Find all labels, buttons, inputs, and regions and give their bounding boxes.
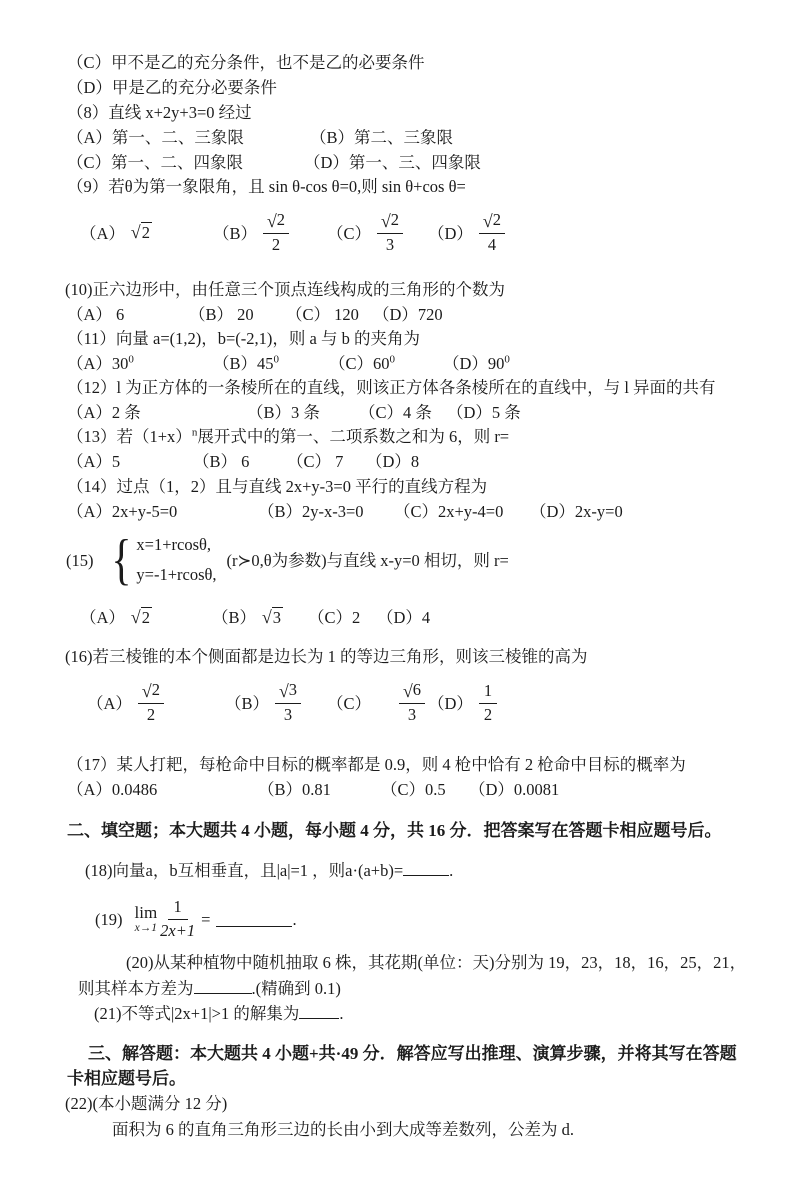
option-a: （A）第一、二、三象限 bbox=[67, 125, 244, 150]
question-14-options: （A）2x+y-5=0 （B）2y-x-3=0 （C）2x+y-4=0 （D）2… bbox=[0, 499, 800, 524]
option-b: （B） 20 bbox=[189, 302, 254, 327]
question-8-options-row-2: （C）第一、二、四象限 （D）第一、三、四象限 bbox=[0, 150, 800, 175]
option-c: （C）0.5 bbox=[381, 777, 446, 802]
option-d-line: （D）甲是乙的充分必要条件 bbox=[67, 75, 277, 100]
question-9-stem: （9）若θ为第一象限角，且 sin θ-cos θ=0,则 sin θ+cos … bbox=[67, 174, 466, 199]
question-10-stem: (10)正六边形中，由任意三个顶点连线构成的三角形的个数为 bbox=[65, 277, 505, 302]
option-d: （D）2x-y=0 bbox=[530, 499, 623, 524]
option-b: （B）√3 bbox=[212, 605, 283, 630]
option-a: （A）2 条 bbox=[67, 400, 141, 425]
question-16-stem: (16)若三棱锥的本个侧面都是边长为 1 的等边三角形，则该三棱锥的高为 bbox=[65, 644, 588, 669]
option-d: （D） √24 bbox=[428, 203, 505, 263]
option-d: （D）720 bbox=[373, 302, 443, 327]
question-14-stem: （14）过点（1，2）且与直线 2x+y-3=0 平行的直线方程为 bbox=[67, 474, 487, 499]
question-8-options-row-1: （A）第一、二、三象限 （B）第二、三象限 bbox=[0, 125, 800, 150]
question-9-options: （A） √2 （B） √22 （C） √23 （D） √24 bbox=[0, 203, 800, 263]
option-b: （B）0.81 bbox=[258, 777, 331, 802]
option-d: （D）900 bbox=[443, 351, 510, 376]
question-19: (19) limx→1 12x+1 = . bbox=[95, 893, 297, 945]
answer-blank bbox=[403, 860, 449, 876]
left-brace-symbol: { bbox=[111, 535, 131, 585]
option-a: （A）2x+y-5=0 bbox=[67, 499, 177, 524]
option-c: （C） 120 bbox=[286, 302, 359, 327]
question-12-stem: （12）l 为正方体的一条棱所在的直线，则该正方体各条棱所在的直线中，与 l 异… bbox=[67, 375, 716, 400]
sqrt-symbol: √ bbox=[279, 681, 289, 701]
question-19-number: (19) bbox=[95, 907, 123, 932]
section-2-header: 二、填空题；本大题共 4 小题，每小题 4 分，共 16 分．把答案写在答题卡相… bbox=[67, 818, 722, 843]
option-c: （C）4 条 bbox=[359, 400, 432, 425]
option-a: （A）√2 bbox=[80, 605, 152, 630]
question-17-options: （A）0.0486 （B）0.81 （C）0.5 （D）0.0081 bbox=[0, 777, 800, 802]
equation-y: y=-1+rcosθ, bbox=[136, 560, 216, 590]
exam-page: （C）甲不是乙的充分条件，也不是乙的必要条件 （D）甲是乙的充分必要条件 （8）… bbox=[0, 0, 800, 1194]
question-10-options: （A） 6 （B） 20 （C） 120 （D）720 bbox=[0, 302, 800, 327]
option-d: （D）5 条 bbox=[447, 400, 521, 425]
sqrt-symbol: √ bbox=[483, 211, 493, 231]
option-a: （A） 6 bbox=[67, 302, 124, 327]
option-c: （C） √23 bbox=[327, 203, 403, 263]
question-15-number: (15) bbox=[66, 548, 94, 573]
question-8-stem: （8）直线 x+2y+3=0 经过 bbox=[67, 100, 252, 125]
option-b: （B）3 条 bbox=[247, 400, 320, 425]
section-3-header-line-2: 卡相应题号后。 bbox=[67, 1066, 186, 1091]
option-b: （B）450 bbox=[213, 351, 279, 376]
question-11-options: （A）300 （B）450 （C）600 （D）900 bbox=[0, 351, 800, 376]
section-3-header-line-1: 三、解答题：本大题共 4 小题+共·49 分．解答应写出推理、演算步骤，并将其写… bbox=[88, 1041, 737, 1066]
option-d: （D）4 bbox=[377, 605, 430, 630]
option-c: （C）2x+y-4=0 bbox=[394, 499, 503, 524]
question-15-condition: (r≻0,θ为参数)与直线 x-y=0 相切，则 r= bbox=[227, 548, 509, 573]
question-17-stem: （17）某人打耙，每枪命中目标的概率都是 0.9，则 4 枪中恰有 2 枪命中目… bbox=[67, 752, 686, 777]
question-21: (21)不等式|2x+1|>1 的解集为. bbox=[94, 1001, 343, 1026]
option-d: （D）0.0081 bbox=[469, 777, 559, 802]
question-11-stem: （11）向量 a=(1,2)，b=(-2,1)，则 a 与 b 的夹角为 bbox=[67, 326, 420, 351]
option-a: （A）5 bbox=[67, 449, 120, 474]
sqrt-symbol: √ bbox=[131, 222, 141, 242]
sqrt-symbol: √ bbox=[403, 681, 413, 701]
answer-blank bbox=[194, 978, 252, 994]
sqrt-symbol: √ bbox=[381, 211, 391, 231]
sqrt-symbol: √ bbox=[131, 607, 141, 627]
question-20-line-2: 则其样本方差为.(精确到 0.1) bbox=[78, 976, 341, 1001]
parametric-equations: x=1+rcosθ, y=-1+rcosθ, bbox=[136, 530, 216, 590]
question-15-system: (15) { x=1+rcosθ, y=-1+rcosθ, (r≻0,θ为参数)… bbox=[66, 528, 509, 592]
limit-expression: limx→1 bbox=[135, 904, 158, 935]
option-a: （A）0.0486 bbox=[67, 777, 157, 802]
question-22-line-1: (22)(本小题满分 12 分) bbox=[65, 1091, 227, 1116]
question-16-options: （A） √22 （B） √33 （C） √63 （D） 12 bbox=[0, 673, 800, 733]
option-a: （A） √2 bbox=[80, 203, 152, 263]
option-c: （C）第一、二、四象限 bbox=[67, 150, 243, 175]
answer-blank bbox=[216, 911, 292, 927]
question-13-options: （A）5 （B） 6 （C） 7 （D）8 bbox=[0, 449, 800, 474]
option-a: （A） √22 bbox=[87, 673, 164, 733]
question-13-stem: （13）若（1+x）n展开式中的第一、二项系数之和为 6，则 r= bbox=[67, 424, 509, 449]
equation-x: x=1+rcosθ, bbox=[136, 530, 216, 560]
sqrt-symbol: √ bbox=[262, 607, 272, 627]
option-d: （D）第一、三、四象限 bbox=[304, 150, 481, 175]
option-d: （D）8 bbox=[366, 449, 419, 474]
option-b: （B）第二、三象限 bbox=[310, 125, 453, 150]
option-d: （D） 12 bbox=[428, 673, 497, 733]
question-18: (18)向量a，b互相垂直，且|a|=1 ，则a·(a+b)=. bbox=[85, 858, 453, 883]
question-22-line-2: 面积为 6 的直角三角形三边的长由小到大成等差数列，公差为 d. bbox=[112, 1117, 574, 1142]
sqrt-symbol: √ bbox=[267, 211, 277, 231]
option-c-line: （C）甲不是乙的充分条件，也不是乙的必要条件 bbox=[67, 50, 425, 75]
sqrt-symbol: √ bbox=[142, 681, 152, 701]
option-c: （C） √63 bbox=[327, 673, 425, 733]
question-15-options: （A）√2 （B）√3 （C）2 （D）4 bbox=[0, 605, 800, 635]
question-12-options: （A）2 条 （B）3 条 （C）4 条 （D）5 条 bbox=[0, 400, 800, 425]
option-b: （B） √33 bbox=[225, 673, 301, 733]
question-20-line-1: (20)从某种植物中随机抽取 6 株，其花期(单位：天)分别为 19，23，18… bbox=[126, 950, 746, 975]
option-a: （A）300 bbox=[67, 351, 134, 376]
answer-blank bbox=[299, 1003, 339, 1019]
option-c: （C） 7 bbox=[287, 449, 343, 474]
option-b: （B） √22 bbox=[213, 203, 289, 263]
option-b: （B） 6 bbox=[193, 449, 249, 474]
option-c: （C）2 bbox=[308, 605, 360, 630]
option-b: （B）2y-x-3=0 bbox=[258, 499, 364, 524]
option-c: （C）600 bbox=[329, 351, 395, 376]
